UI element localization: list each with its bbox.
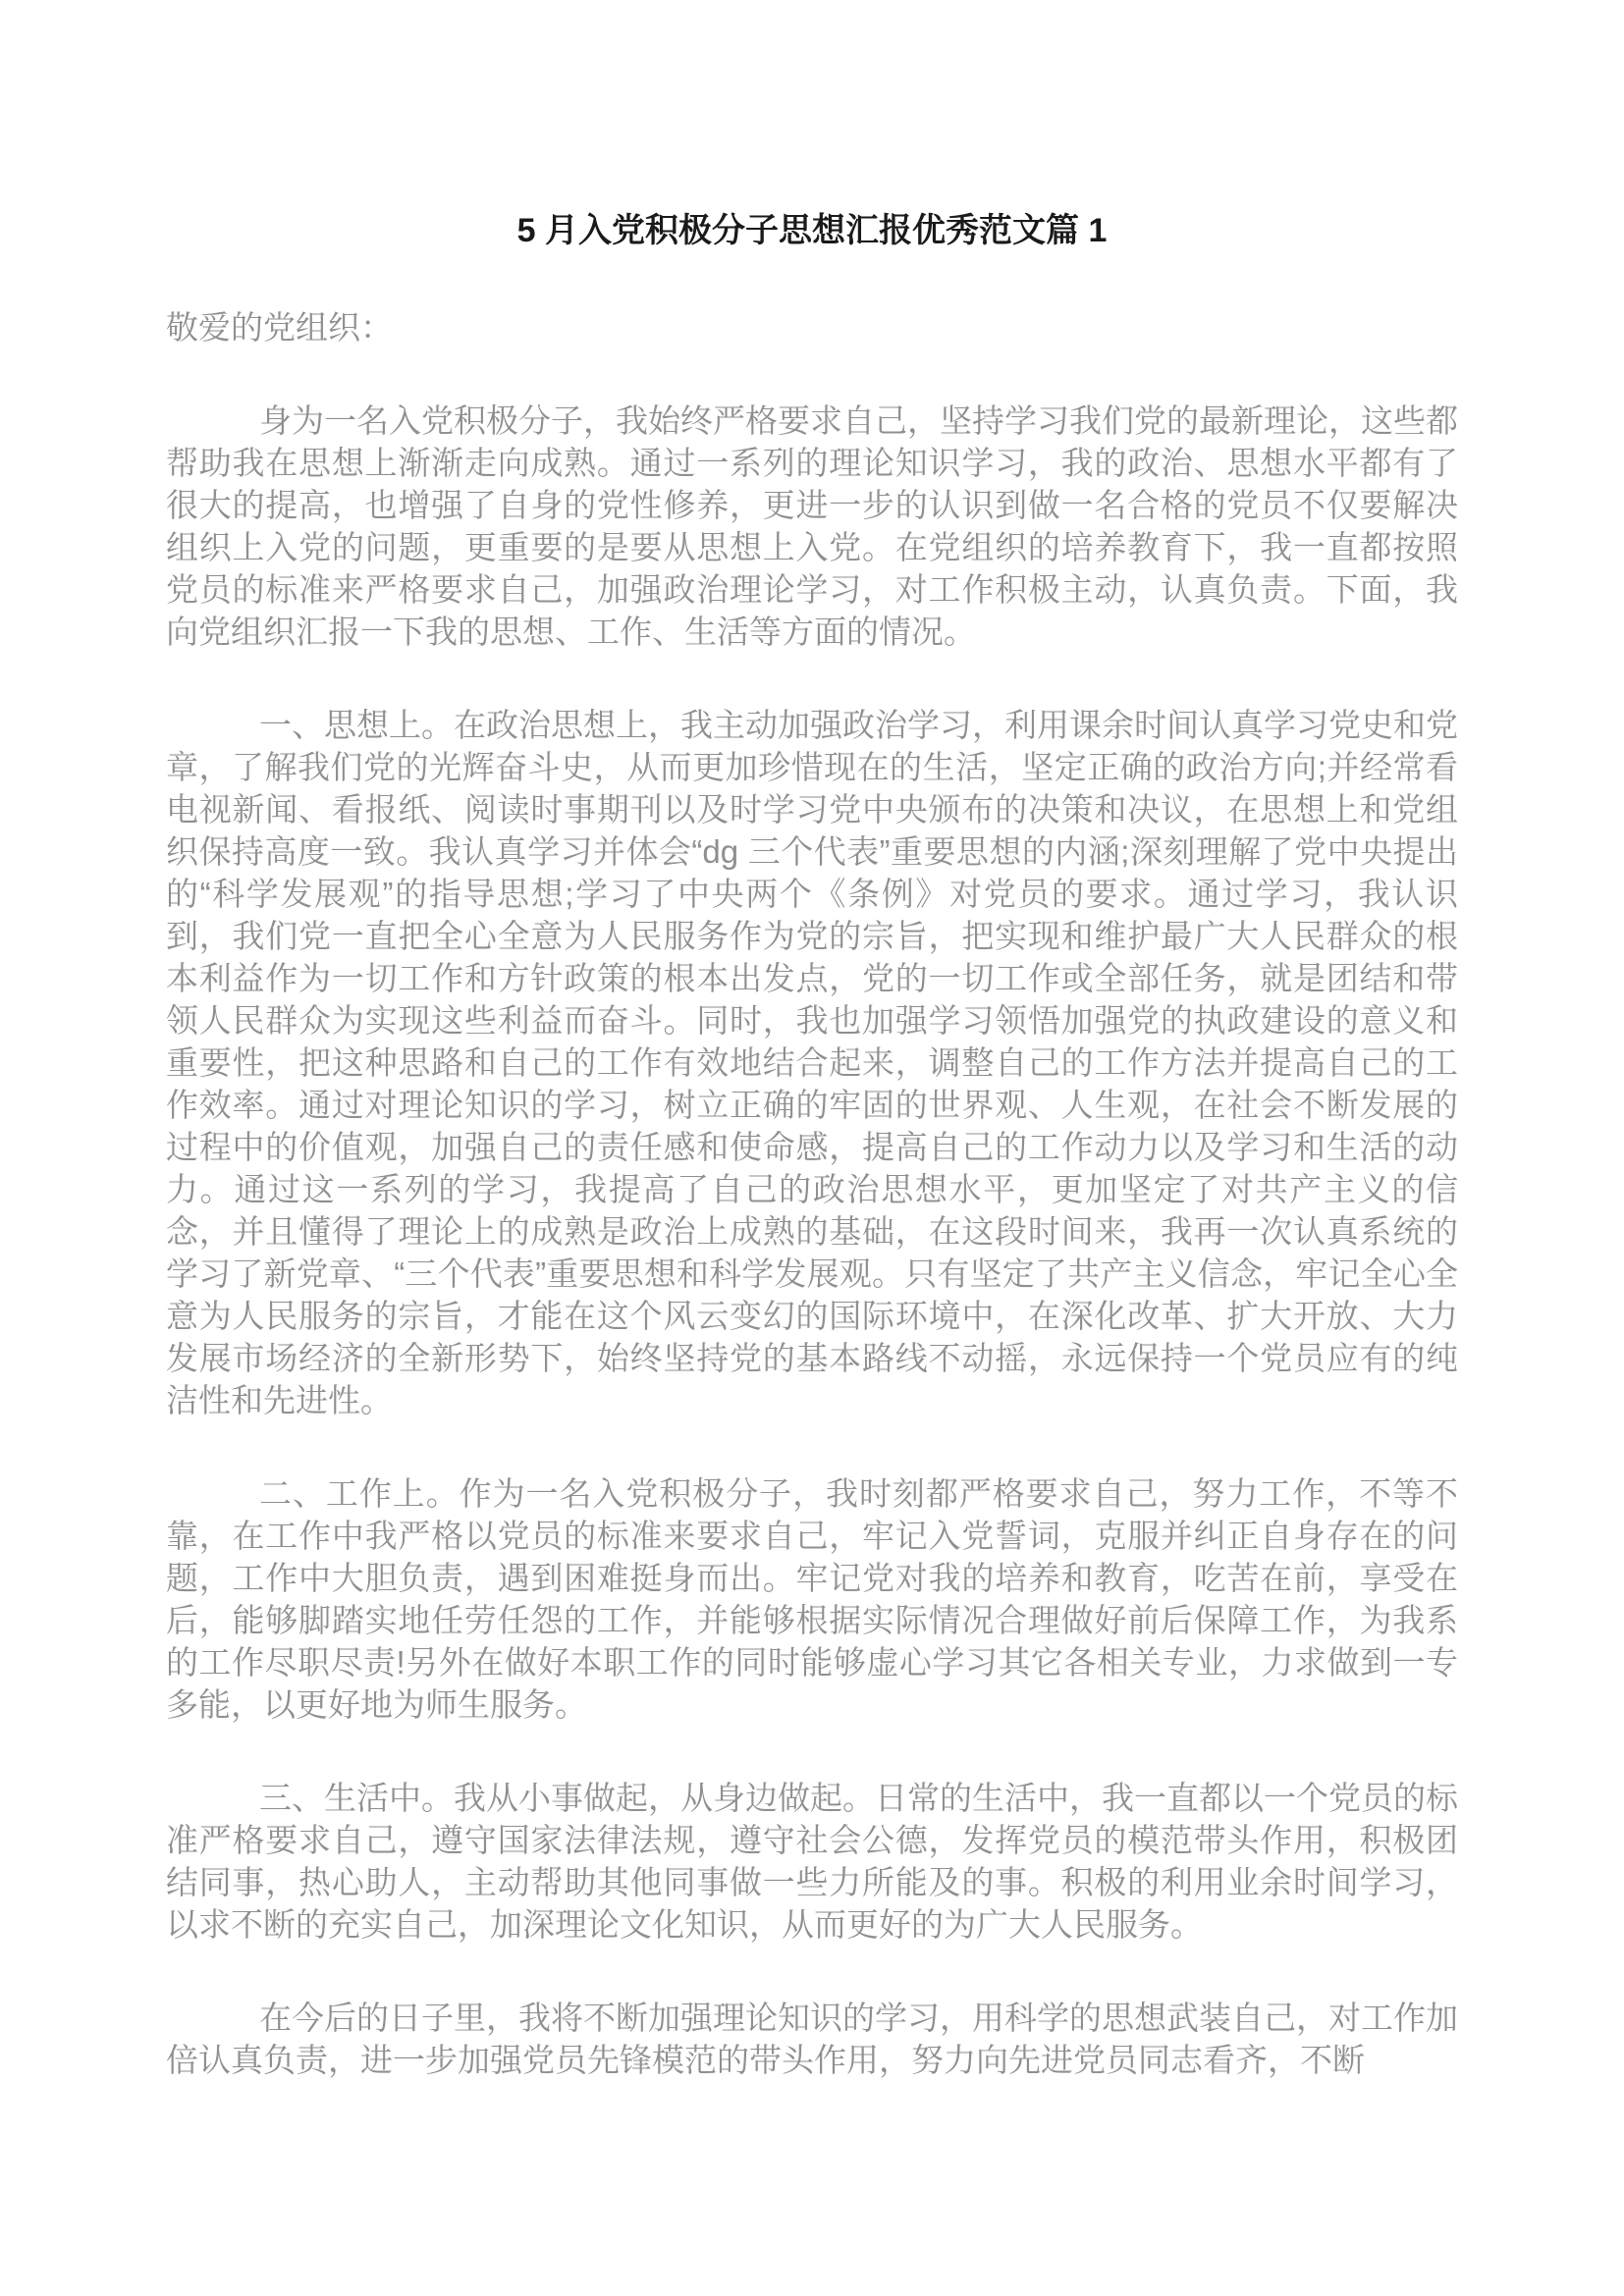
paragraph: 二、工作上。作为一名入党积极分子，我时刻都严格要求自己，努力工作，不等不靠，在工… xyxy=(166,1472,1458,1726)
document-page: 5 月入党积极分子思想汇报优秀范文篇 1 敬爱的党组织： 身为一名入党积极分子，… xyxy=(0,0,1624,2296)
salutation: 敬爱的党组织： xyxy=(166,306,1458,348)
paragraph: 一、思想上。在政治思想上，我主动加强政治学习，利用课余时间认真学习党史和党章，了… xyxy=(166,704,1458,1421)
paragraph: 在今后的日子里，我将不断加强理论知识的学习，用科学的思想武装自己，对工作加倍认真… xyxy=(166,1997,1458,2081)
paragraph: 三、生活中。我从小事做起，从身边做起。日常的生活中，我一直都以一个党员的标准严格… xyxy=(166,1777,1458,1946)
paragraph: 身为一名入党积极分子，我始终严格要求自己，坚持学习我们党的最新理论，这些都帮助我… xyxy=(166,400,1458,653)
document-body: 身为一名入党积极分子，我始终严格要求自己，坚持学习我们党的最新理论，这些都帮助我… xyxy=(166,400,1458,2081)
document-title: 5 月入党积极分子思想汇报优秀范文篇 1 xyxy=(166,208,1458,253)
